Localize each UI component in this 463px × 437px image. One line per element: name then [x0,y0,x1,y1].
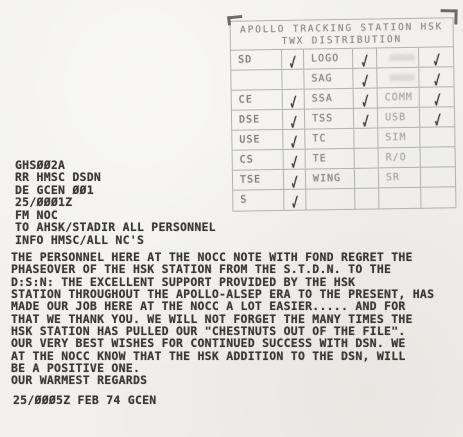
stamp-check-cell: ✓ [419,67,453,88]
stamp-corner-mark-left [227,15,243,25]
stamp-section-label [377,48,419,69]
stamp-section-label: SD [231,50,282,71]
stamp-section-label [231,70,282,91]
stamp-check-cell: ✓ [420,87,454,108]
stamp-section-label: SSA [305,89,354,110]
faint-illegible-text [389,53,415,60]
stamp-check-cell: ✓ [420,107,454,128]
stamp-section-label: R/O [379,148,421,169]
faint-illegible-text [389,73,415,80]
stamp-check-cell [355,188,379,208]
stamp-check-cell: ✓ [419,47,453,68]
stamp-section-label: CS [233,150,284,171]
stamp-check-cell [355,168,379,188]
stamp-title: APOLLO TRACKING STATION HSK TWX DISTRIBU… [231,18,453,50]
stamp-section-label: SIM [378,128,420,149]
stamp-section-label: S [233,190,284,211]
stamp-check-cell [421,147,455,168]
stamp-section-label: TC [305,129,354,150]
checkmark-icon: ✓ [288,50,300,76]
stamp-section-label [379,188,421,209]
stamp-section-label: USE [232,130,283,151]
stamp-section-label: TSE [233,170,284,191]
stamp-section-label: COMM [378,88,420,109]
stamp-section-label: SAG [304,69,353,90]
stamp-check-cell: ✓ [354,108,378,128]
stamp-check-cell: ✓ [284,190,306,210]
stamp-section-label: DSE [232,110,283,131]
message-body: THE PERSONNEL HERE AT THE NOCC NOTE WITH… [11,251,434,387]
stamp-section-label: LOGO [304,49,353,70]
stamp-check-cell [421,187,455,208]
stamp-section-label [306,189,355,210]
scanned-twx-document: APOLLO TRACKING STATION HSK TWX DISTRIBU… [0,0,463,437]
stamp-section-label: TE [306,149,355,170]
stamp-section-label: WING [306,169,355,190]
stamp-section-label: TSS [305,109,354,130]
stamp-section-label: SR [379,168,421,189]
distribution-grid: SD✓LOGO✓✓SAG✓✓CE✓SSA✓COMM✓DSE✓TSS✓USB✓US… [231,47,455,210]
stamp-check-cell [421,167,455,188]
stamp-section-label: CE [232,90,283,111]
stamp-section-label: USB [378,108,420,129]
message-datetime-footer: 25/ØØØ5Z FEB 74 GCEN [13,393,156,407]
stamp-check-cell [355,148,379,168]
stamp-section-label [377,68,419,89]
message-routing-header: GHSØØ2A RR HMSC DSDN DE GCEN ØØ1 25/ØØØ1… [15,159,216,246]
twx-distribution-stamp: APOLLO TRACKING STATION HSK TWX DISTRIBU… [230,17,457,211]
stamp-check-cell: ✓ [282,50,304,70]
stamp-corner-mark-right [440,9,457,24]
